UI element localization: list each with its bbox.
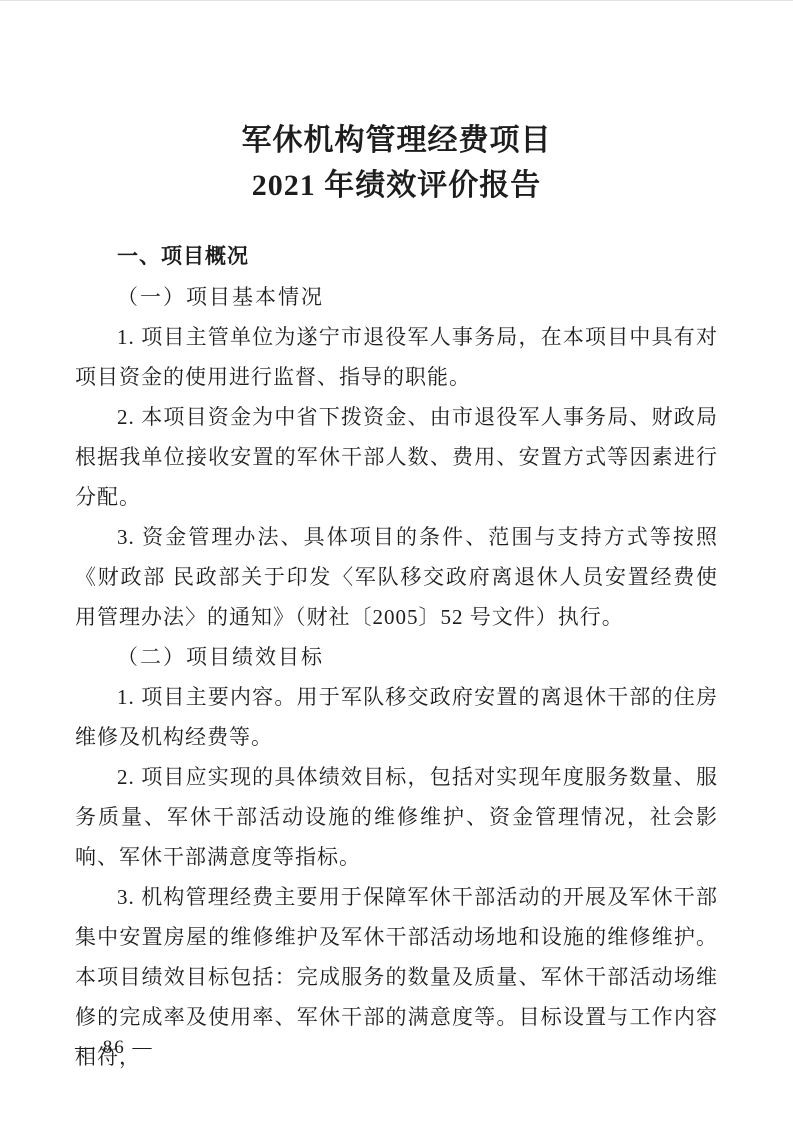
paragraph-basic-info-2: 2. 本项目资金为中省下拨资金、由市退役军人事务局、财政局根据我单位接收安置的军… (75, 397, 718, 517)
paragraph-performance-3: 3. 机构管理经费主要用于保障军休干部活动的开展及军休干部集中安置房屋的维修维护… (75, 877, 718, 1077)
subheading-basic-info: （一）项目基本情况 (75, 277, 718, 317)
heading-project-overview: 一、项目概况 (75, 237, 718, 277)
paragraph-basic-info-1: 1. 项目主管单位为遂宁市退役军人事务局，在本项目中具有对项目资金的使用进行监督… (75, 317, 718, 397)
document-body: 一、项目概况 （一）项目基本情况 1. 项目主管单位为遂宁市退役军人事务局，在本… (75, 237, 718, 1077)
page-number: — 86 — (75, 1034, 154, 1062)
paragraph-performance-1: 1. 项目主要内容。用于军队移交政府安置的离退休干部的住房维修及机构经费等。 (75, 677, 718, 757)
document-page: 军休机构管理经费项目 2021 年绩效评价报告 一、项目概况 （一）项目基本情况… (0, 0, 793, 1122)
paragraph-performance-2: 2. 项目应实现的具体绩效目标，包括对实现年度服务数量、服务质量、军休干部活动设… (75, 757, 718, 877)
subheading-performance-goals: （二）项目绩效目标 (75, 637, 718, 677)
scan-edge-artifact (0, 0, 793, 1)
title-line-2: 2021 年绩效评价报告 (0, 163, 793, 208)
document-title: 军休机构管理经费项目 2021 年绩效评价报告 (0, 118, 793, 208)
title-line-1: 军休机构管理经费项目 (0, 118, 793, 163)
paragraph-basic-info-3: 3. 资金管理办法、具体项目的条件、范围与支持方式等按照《财政部 民政部关于印发… (75, 517, 718, 637)
